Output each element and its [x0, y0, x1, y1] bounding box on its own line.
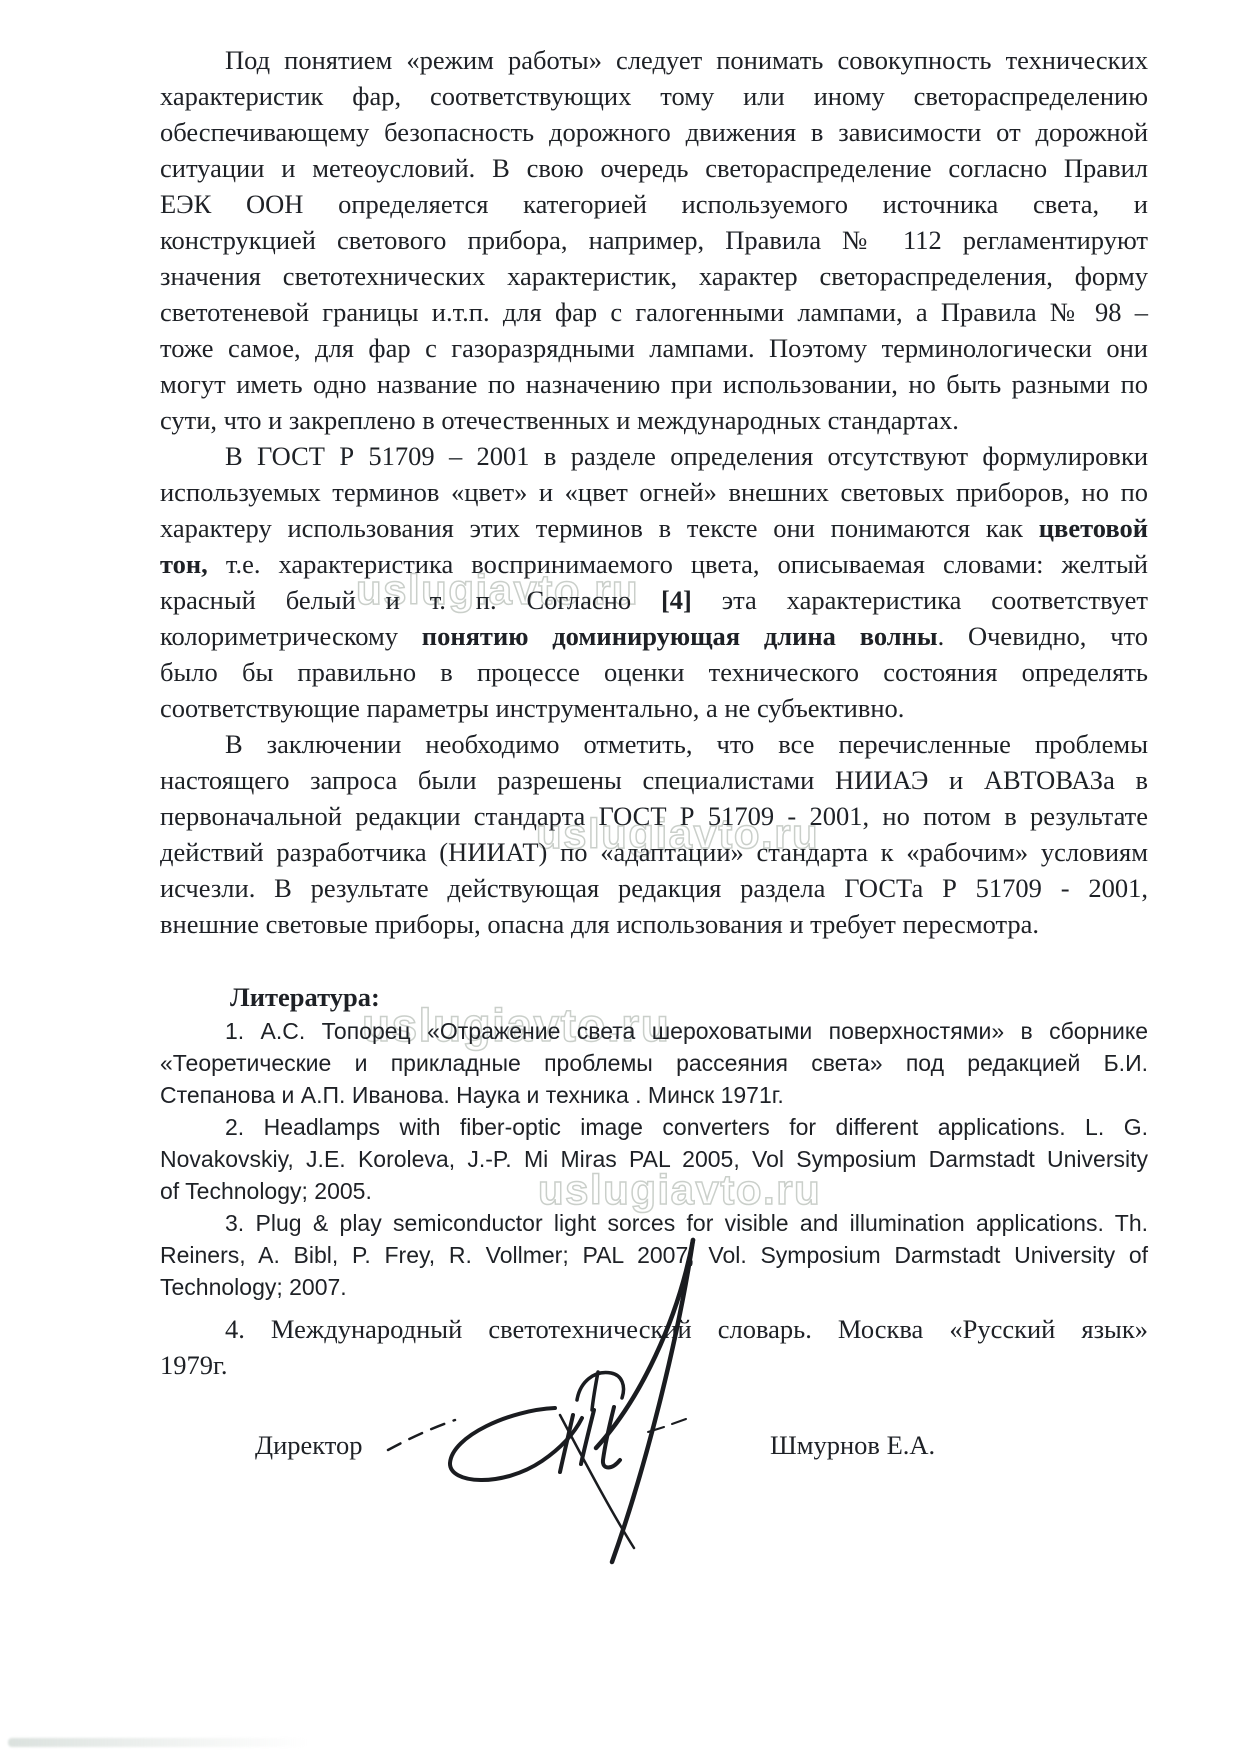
text-line: характеру использования этих терминов в … [160, 510, 1148, 546]
text-line: могут иметь одно название по назначению … [160, 366, 1148, 402]
text-line: соответствующие параметры инструментальн… [160, 690, 1148, 726]
text-line: первоначальной редакции стандарта ГОСТ Р… [160, 798, 1148, 834]
document-page: uslugiavto.ruuslugiavto.ruuslugiavto.ruu… [0, 0, 1240, 1754]
text-line: обеспечивающему безопасность дорожного д… [160, 114, 1148, 150]
text-line: ЕЭК ООН определяется категорией использу… [160, 186, 1148, 222]
text-line: светотеневой границы и.т.п. для фар с га… [160, 294, 1148, 330]
text-line: В ГОСТ Р 51709 – 2001 в разделе определе… [160, 438, 1148, 474]
text-line: ситуации и метеоусловий. В свою очередь … [160, 150, 1148, 186]
text-line: Под понятием «режим работы» следует пони… [160, 42, 1148, 78]
text-line: Степанова и А.П. Иванова. Наука и техник… [160, 1079, 1148, 1111]
literature-item: 2. Headlamps with fiber-optic image conv… [160, 1111, 1148, 1207]
text-line: красный белый и т. п. Согласно [4] эта х… [160, 582, 1148, 618]
body-paragraphs: Под понятием «режим работы» следует пони… [160, 42, 1148, 942]
signature-scrawl [380, 1220, 720, 1575]
text-line: тоже самое, для фар с газоразрядными лам… [160, 330, 1148, 366]
text-line: исчезли. В результате действующая редакц… [160, 870, 1148, 906]
text-line: 1. А.С. Топорец «Отражение света шерохов… [160, 1015, 1148, 1047]
text-line: of Technology; 2005. [160, 1175, 1148, 1207]
scan-smudge [8, 1738, 308, 1747]
text-line: колориметрическому понятию доминирующая … [160, 618, 1148, 654]
signatory-role-label: Директор [160, 1430, 363, 1460]
text-line: 2. Headlamps with fiber-optic image conv… [160, 1111, 1148, 1143]
text-line: конструкцией светового прибора, например… [160, 222, 1148, 258]
text-line: Novakovskiy, J.E. Koroleva, J.-P. Mi Mir… [160, 1143, 1148, 1175]
text-line: характеристик фар, соответствующих тому … [160, 78, 1148, 114]
text-line: действий разработчика (НИИАТ) по «адапта… [160, 834, 1148, 870]
text-line: значения светотехнических характеристик,… [160, 258, 1148, 294]
text-line: внешние световые приборы, опасна для исп… [160, 906, 1148, 942]
signatory-name: Шмурнов Е.А. [770, 1427, 935, 1463]
body-paragraph: Под понятием «режим работы» следует пони… [160, 42, 1148, 438]
literature-item: 1. А.С. Топорец «Отражение света шерохов… [160, 1015, 1148, 1111]
text-line: «Теоретические и прикладные проблемы рас… [160, 1047, 1148, 1079]
text-line: используемых терминов «цвет» и «цвет огн… [160, 474, 1148, 510]
text-line: настоящего запроса были разрешены специа… [160, 762, 1148, 798]
text-line: сути, что и закреплено в отечественных и… [160, 402, 1148, 438]
literature-heading: Литература: [160, 979, 1148, 1015]
text-line: В заключении необходимо отметить, что вс… [160, 726, 1148, 762]
text-line: тон, т.е. характеристика воспринимаемого… [160, 546, 1148, 582]
text-line: было бы правильно в процессе оценки техн… [160, 654, 1148, 690]
body-paragraph: В ГОСТ Р 51709 – 2001 в разделе определе… [160, 438, 1148, 726]
body-paragraph: В заключении необходимо отметить, что вс… [160, 726, 1148, 942]
